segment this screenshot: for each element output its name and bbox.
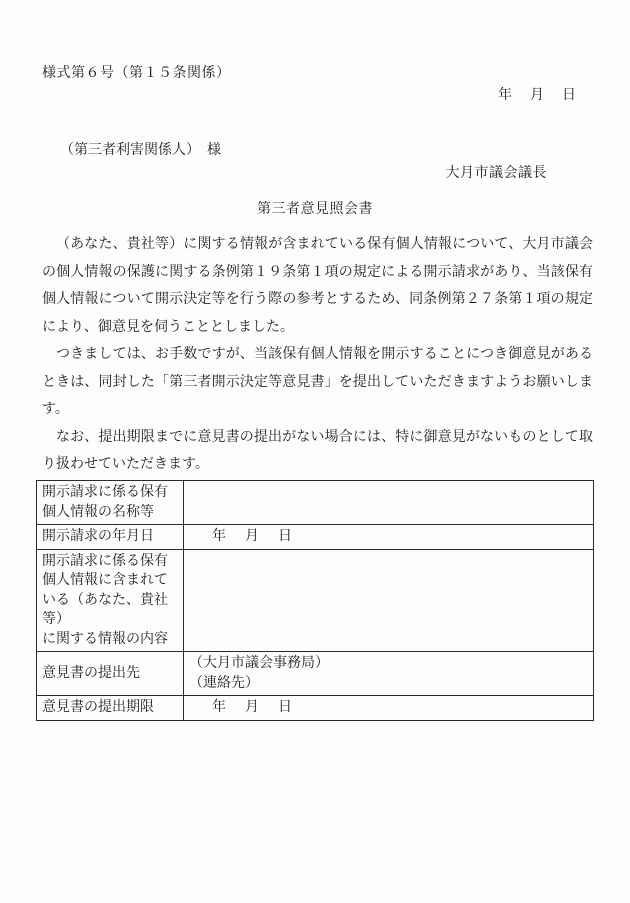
- table-row-request-date: 開示請求の年月日 年 月 日: [37, 525, 594, 550]
- info-table: 開示請求に係る保有個人情報の名称等 開示請求の年月日 年 月 日 開示請求に係る…: [36, 480, 594, 721]
- row-value-line2: （連絡先）: [189, 674, 588, 694]
- row-label: 開示請求に係る保有個人情報に含まれている（あなた、貴社等） に関する情報の内容: [37, 549, 184, 652]
- paragraph-2: つきましては、お手数ですが、当該保有個人情報を開示することにつき御意見があるとき…: [42, 341, 593, 424]
- row-value: 年 月 日: [184, 525, 594, 550]
- page-title: 第三者意見照会書: [0, 198, 630, 218]
- row-label: 意見書の提出期限: [37, 696, 184, 721]
- table-row-held-info-name: 開示請求に係る保有個人情報の名称等: [37, 481, 594, 525]
- paragraph-1: （あなた、貴社等）に関する情報が含まれている保有個人情報について、大月市議会の個…: [42, 231, 593, 341]
- row-value: 年 月 日: [184, 696, 594, 721]
- table-row-info-content: 開示請求に係る保有個人情報に含まれている（あなた、貴社等） に関する情報の内容: [37, 549, 594, 652]
- body-text: （あなた、貴社等）に関する情報が含まれている保有個人情報について、大月市議会の個…: [42, 231, 593, 479]
- row-value: [184, 549, 594, 652]
- row-label: 開示請求に係る保有個人情報の名称等: [37, 481, 184, 525]
- table-row-submit-to: 意見書の提出先 （大月市議会事務局） （連絡先）: [37, 652, 594, 696]
- paragraph-3: なお、提出期限までに意見書の提出がない場合には、特に御意見がないものとして取り扱…: [42, 424, 593, 479]
- addressee: （第三者利害関係人） 様: [60, 139, 221, 159]
- date-line: 年 月 日: [498, 84, 578, 104]
- row-label: 意見書の提出先: [37, 652, 184, 696]
- row-value-line1: （大月市議会事務局）: [189, 654, 588, 674]
- row-value: [184, 481, 594, 525]
- sender-title: 大月市議会議長: [446, 162, 548, 182]
- row-label-line2: に関する情報の内容: [42, 630, 178, 650]
- row-label-line1: 開示請求に係る保有個人情報に含まれている（あなた、貴社等）: [42, 552, 178, 630]
- row-label: 開示請求の年月日: [37, 525, 184, 550]
- table-row-submit-deadline: 意見書の提出期限 年 月 日: [37, 696, 594, 721]
- form-number: 様式第６号（第１５条関係）: [42, 62, 231, 82]
- row-value: （大月市議会事務局） （連絡先）: [184, 652, 594, 696]
- document-page: 様式第６号（第１５条関係） 年 月 日 （第三者利害関係人） 様 大月市議会議長…: [0, 0, 630, 903]
